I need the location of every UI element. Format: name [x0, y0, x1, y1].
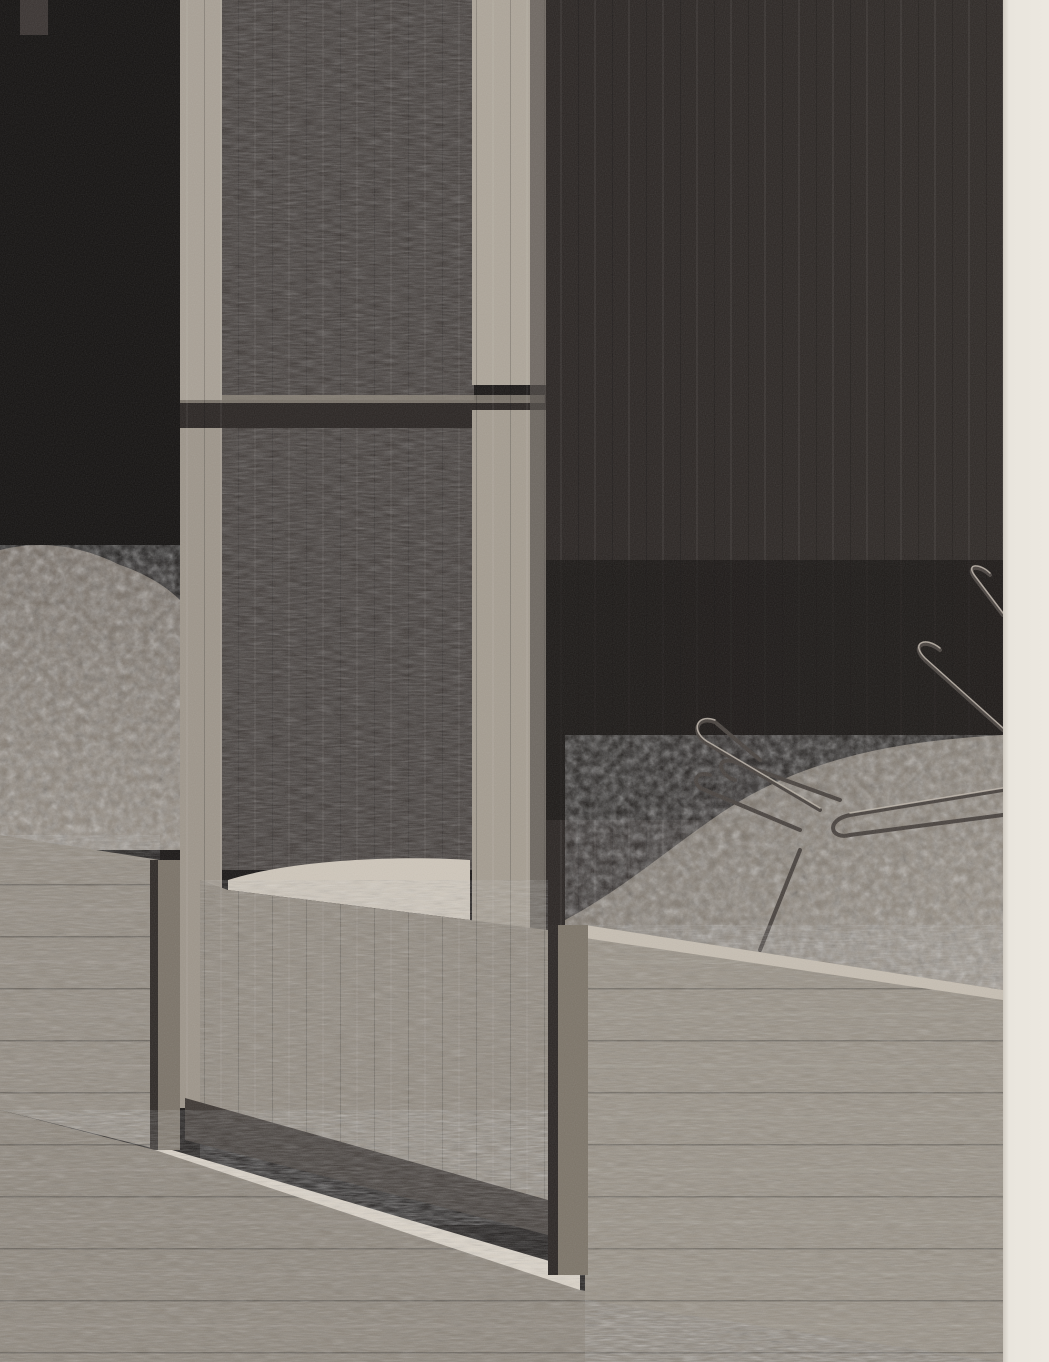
photograph [0, 0, 1003, 1362]
photo-mount-border [1003, 0, 1049, 1362]
photo-scene [0, 0, 1003, 1362]
